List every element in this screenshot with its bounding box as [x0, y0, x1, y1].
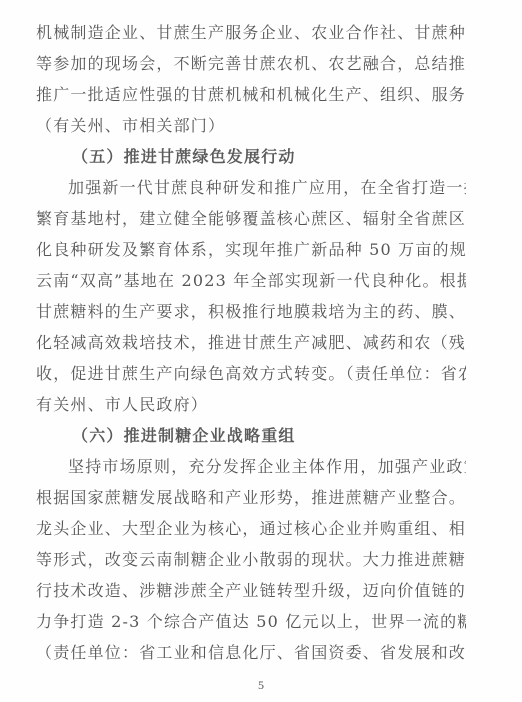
body-text-line: 收，促进甘蔗生产向绿色高效方式转变。（责任单位：省农科院， [36, 362, 466, 386]
responsible-unit-note: （有关州、市相关部门） [36, 114, 225, 138]
responsible-unit-note: 有关州、市人民政府） [36, 393, 208, 417]
paragraph-first-line: 加强新一代甘蔗良种研发和推广应用，在全省打造一批良种 [68, 176, 466, 200]
paragraph-first-line: 坚持市场原则，充分发挥企业主体作用，加强产业政策引导， [68, 455, 466, 479]
responsible-unit-note: （责任单位：省工业和信息化厅、省国资委、省发展和改革委、 [36, 641, 466, 665]
page-number: 5 [0, 678, 522, 693]
body-text-line: 繁育基地村，建立健全能够覆盖核心蔗区、辐射全省蔗区的专业 [36, 207, 466, 231]
body-text-line: 力争打造 2-3 个综合产值达 50 亿元以上，世界一流的糖业集团。 [36, 610, 466, 634]
body-text-line: 化轻减高效栽培技术，推进甘蔗生产减肥、减药和农（残）膜回 [36, 331, 466, 355]
body-text-line: 甘蔗糖料的生产要求，积极推行地膜栽培为主的药、膜、肥一体 [36, 300, 466, 324]
body-text-line: 机械制造企业、甘蔗生产服务企业、农业合作社、甘蔗种植大户 [36, 21, 466, 45]
body-text-line: 行技术改造、涉糖涉蔗全产业链转型升级，迈向价值链的中高端， [36, 579, 466, 603]
body-text-line: 云南“双高”基地在 2023 年全部实现新一代良种化。根据现代 [36, 269, 466, 293]
section-heading-6: （六）推进制糖企业战略重组 [72, 424, 296, 448]
body-text-line: 等形式，改变云南制糖企业小散弱的现状。大力推进蔗糖企业进 [36, 548, 466, 572]
body-text-line: 推广一批适应性强的甘蔗机械和机械化生产、组织、服务模式。 [36, 83, 466, 107]
document-page: 机械制造企业、甘蔗生产服务企业、农业合作社、甘蔗种植大户 等参加的现场会，不断完… [0, 0, 522, 702]
body-text-line: 化良种研发及繁育体系，实现年推广新品种 50 万亩的规模，使 [36, 238, 466, 262]
section-heading-5: （五）推进甘蔗绿色发展行动 [72, 145, 296, 169]
body-text-line: 等参加的现场会，不断完善甘蔗农机、农艺融合，总结推广经验， [36, 52, 466, 76]
body-text-line: 根据国家蔗糖发展战略和产业形势，推进蔗糖产业整合。以重点 [36, 486, 466, 510]
body-text-line: 龙头企业、大型企业为核心，通过核心企业并购重组、相互参股 [36, 517, 466, 541]
